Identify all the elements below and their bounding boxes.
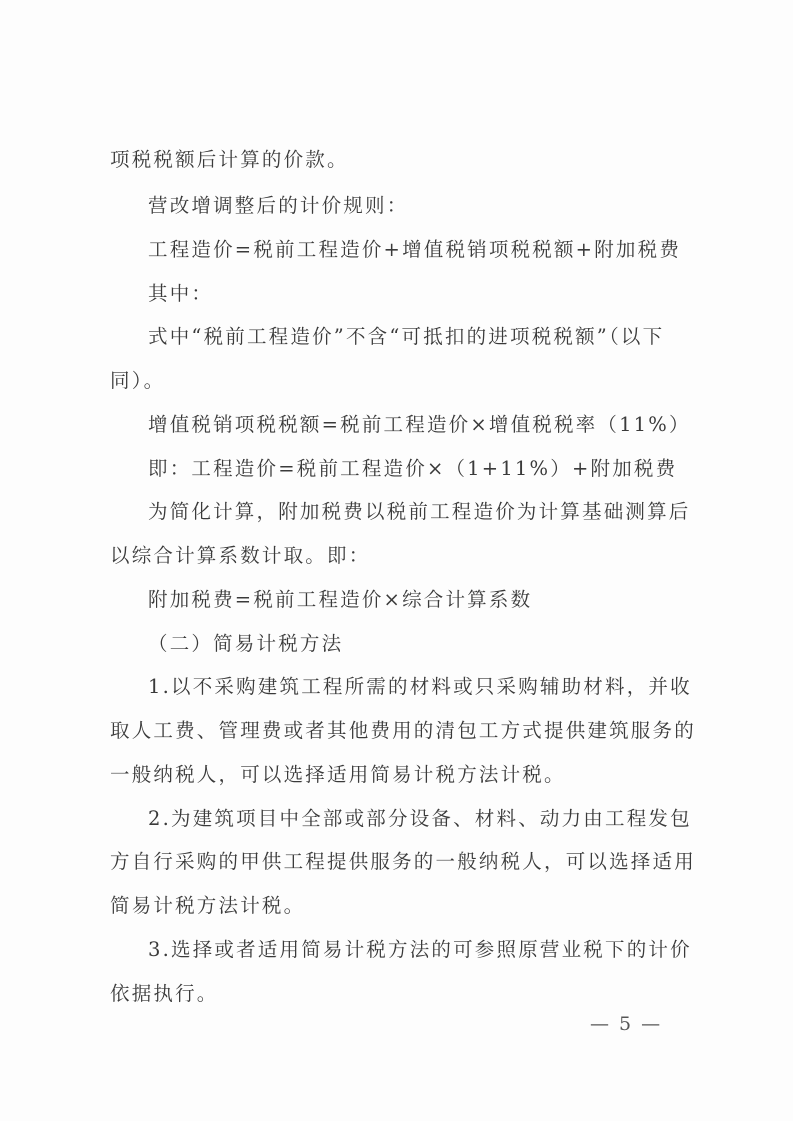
text-line: 为简化计算，附加税费以税前工程造价为计算基础测算后 [148,498,728,526]
text-line: 取人工费、管理费或者其他费用的清包工方式提供建筑服务的 [110,717,690,745]
text-line: 同）。 [110,367,690,395]
page-number: — 5 — [590,1013,662,1035]
list-item: 3.选择或者适用简易计税方法的可参照原营业税下的计价 [148,936,728,964]
text-line: 以综合计算系数计取。即： [110,542,690,570]
text-line: 一般纳税人，可以选择适用简易计税方法计税。 [110,761,690,789]
text-line: 其中： [148,280,728,308]
formula-line: 附加税费=税前工程造价×综合计算系数 [148,586,728,614]
formula-line: 即：工程造价=税前工程造价×（1+11%）+附加税费 [148,455,728,483]
section-heading: （二）简易计税方法 [148,630,728,658]
formula-line: 工程造价=税前工程造价+增值税销项税税额+附加税费 [148,236,728,264]
list-item: 2.为建筑项目中全部或部分设备、材料、动力由工程发包 [148,805,728,833]
text-line: 依据执行。 [110,980,690,1008]
list-item: 1.以不采购建筑工程所需的材料或只采购辅助材料，并收 [148,673,728,701]
text-line: 方自行采购的甲供工程提供服务的一般纳税人，可以选择适用 [110,848,690,876]
text-line: 式中“税前工程造价”不含“可抵扣的进项税税额”（以下 [148,323,728,351]
text-line: 项税税额后计算的价款。 [110,146,690,174]
text-line: 简易计税方法计税。 [110,892,690,920]
formula-line: 增值税销项税税额=税前工程造价×增值税税率（11%） [148,411,728,439]
text-line: 营改增调整后的计价规则： [148,192,728,220]
document-page: 项税税额后计算的价款。 营改增调整后的计价规则： 工程造价=税前工程造价+增值税… [0,0,793,1121]
